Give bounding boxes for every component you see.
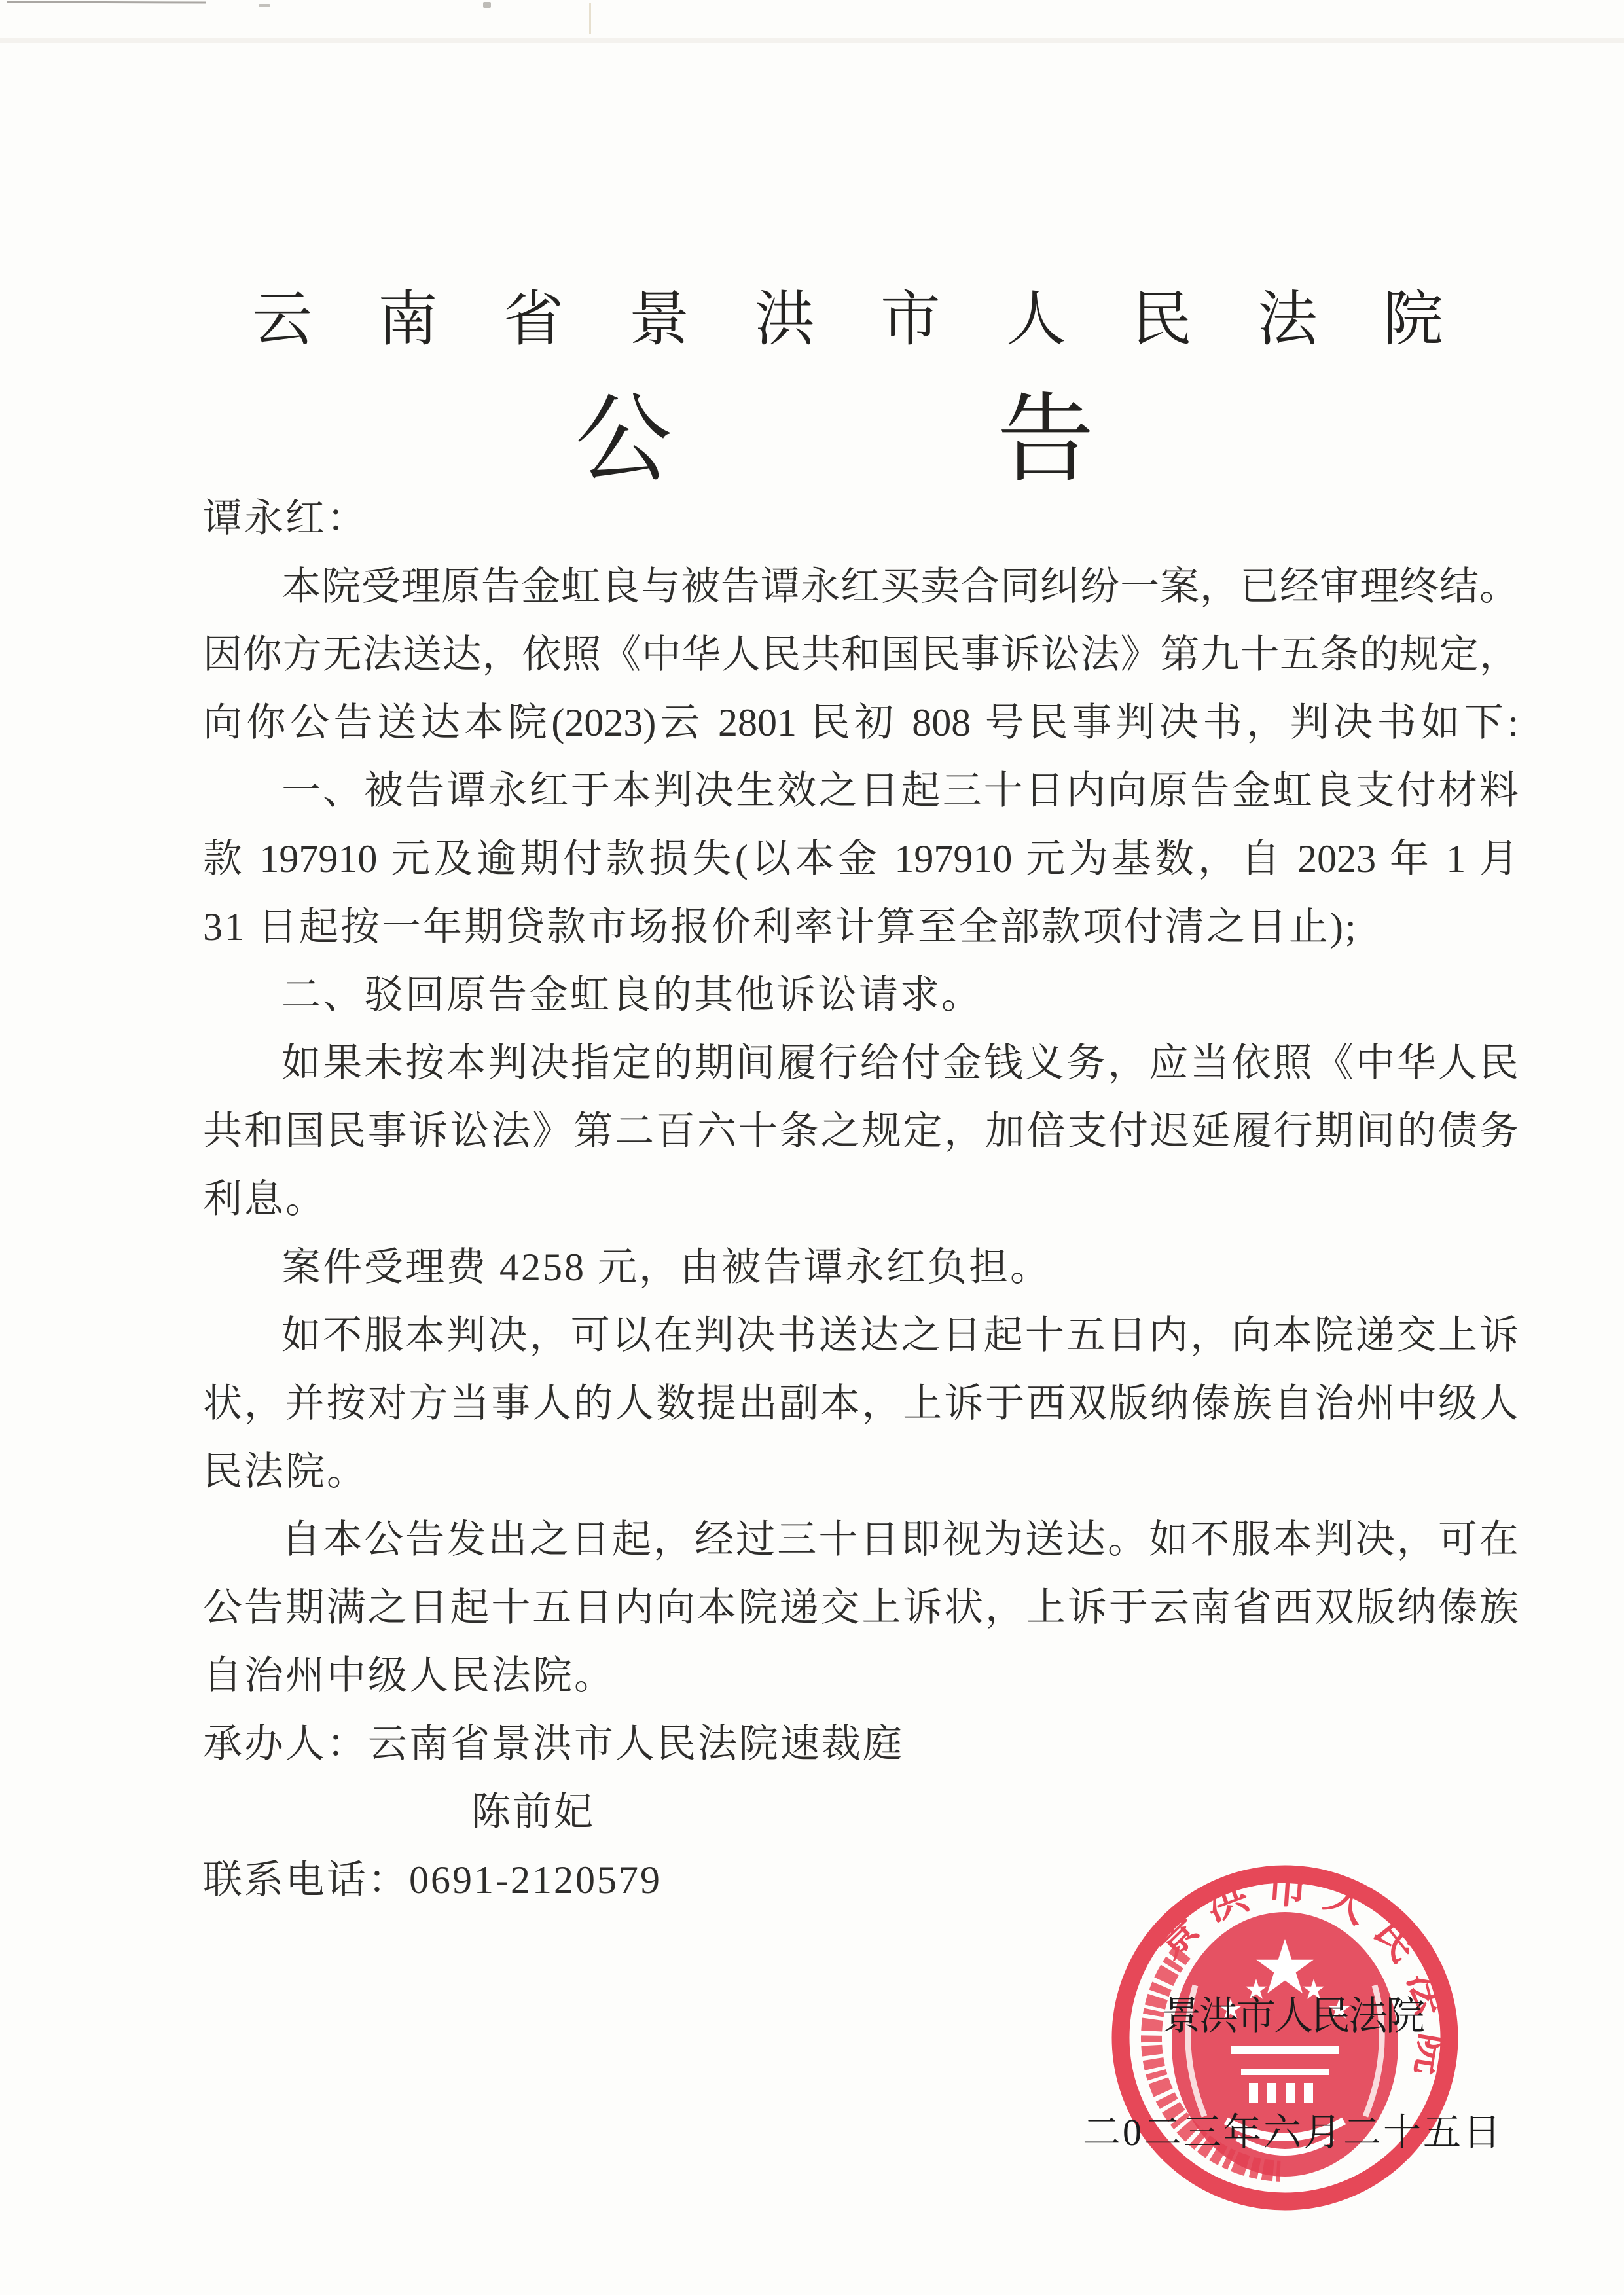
scan-artifact [483,2,491,8]
body-line: 因你方无法送达，依照《中华人民共和国民事诉讼法》第九十五条的规定， [203,621,1519,689]
body-line: 二、驳回原告金虹良的其他诉讼请求。 [203,961,1519,1029]
body-line: 共和国民事诉讼法》第二百六十条之规定，加倍支付迟延履行期间的债务 [203,1097,1519,1165]
handler-name: 陈前妃 [203,1778,1519,1846]
page-title: 公 告 [203,385,1519,496]
handler-line: 承办人：云南省景洪市人民法院速裁庭 [203,1710,1519,1778]
body-line: 款 197910 元及逾期付款损失(以本金 197910 元为基数，自 2023… [203,825,1519,893]
seal-court-name: 景洪市人民法院 [1162,1995,1423,2037]
body-line: 本院受理原告金虹良与被告谭永红买卖合同纠纷一案，已经审理终结。 [203,552,1519,621]
body-line: 公告期满之日起十五日内向本院递交上诉状，上诉于云南省西双版纳傣族 [203,1574,1519,1642]
body-line: 自本公告发出之日起，经过三十日即视为送达。如不服本判决，可在 [203,1506,1519,1574]
body-line: 自治州中级人民法院。 [203,1642,1519,1710]
court-name-title: 云南省景洪市人民法院 [203,287,1519,352]
court-seal: 景洪市人民法院 [1085,1838,1485,2237]
scan-artifact [0,38,1624,43]
body-line: 民法院。 [203,1437,1519,1506]
body-line: 状，并按对方当事人的人数提出副本，上诉于西双版纳傣族自治州中级人 [203,1369,1519,1437]
salutation: 谭永红： [203,484,1519,552]
body-line: 向你公告送达本院(2023)云 2801 民初 808 号民事判决书，判决书如下… [203,689,1519,757]
announcement-body: 谭永红： 本院受理原告金虹良与被告谭永红买卖合同纠纷一案，已经审理终结。 因你方… [203,484,1519,1914]
body-line: 如不服本判决，可以在判决书送达之日起十五日内，向本院递交上诉 [203,1301,1519,1369]
body-line: 如果未按本判决指定的期间履行给付金钱义务，应当依照《中华人民 [203,1029,1519,1097]
scan-artifact [589,3,591,34]
body-line: 31 日起按一年期贷款市场报价利率计算至全部款项付清之日止); [203,893,1519,961]
body-line: 利息。 [203,1165,1519,1233]
seal-date: 二0二三年六月二十五日 [1083,2112,1503,2154]
scan-artifact [259,4,270,7]
body-line: 一、被告谭永红于本判决生效之日起三十日内向原告金虹良支付材料 [203,757,1519,825]
scanned-court-announcement: 云南省景洪市人民法院 公 告 谭永红： 本院受理原告金虹良与被告谭永红买卖合同纠… [0,0,1624,2295]
scan-artifact [7,1,206,3]
body-line: 案件受理费 4258 元，由被告谭永红负担。 [203,1233,1519,1301]
